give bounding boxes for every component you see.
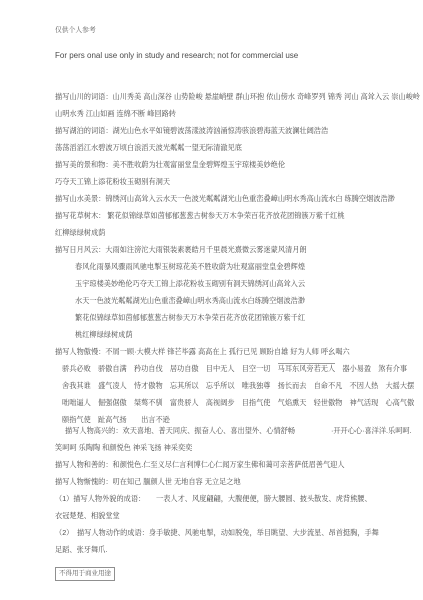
paragraph-arrogance-intro: 描写人物傲慢：不屑一顾·大模大样 锋芒毕露 高高在上 孤行已见 顾盼自雄 好为人… [55, 343, 420, 360]
paragraph-happy-words-line1: 描写人物高兴的：欢天喜地、普天同庆、振奋人心、喜出望外、心情舒畅 ·开开心心·喜… [55, 422, 420, 439]
paragraph-flora-words-line1: 描写花草树木： 繁花似锦绿草如茵郁郁葱葱古树参天万木争荣百花齐放花团锦簇万紫千红… [55, 207, 420, 224]
personal-use-note-cn: 仅供个人参考 [55, 22, 420, 39]
paragraph-ashamed-words: 描写人物惭愧的：叨在知己 腼颜人世 无地自容 无立足之地 [55, 473, 420, 490]
paragraph-beauty-words-line1: 描写美的景和物：美不胜收蔚为壮观富丽堂皇金碧辉煌玉宇琼楼美妙绝伦 [55, 156, 420, 173]
paragraph-weather-words-line2: 春风化雨暴风骤雨风驰电掣玉树琼花美不胜收蔚为壮观富丽堂皇金碧辉煌 [55, 258, 420, 275]
personal-use-note-en: For pers onal use only in study and rese… [55, 47, 420, 64]
paragraph-appearance-idioms-line2: 衣冠楚楚、相貌堂堂 [55, 507, 420, 524]
arrogance-row1-overlined-phrase: 马耳东风旁若无人 [278, 363, 336, 373]
arrogance-idiom-row-2: 舍我其谁 盛气凌人 恃才傲物 忘其所以 忘乎所以 唯我独尊 扬长而去 自命不凡 … [55, 377, 420, 394]
paragraph-flora-words-line2: 红柳绿绿树成荫 [55, 224, 420, 241]
paragraph-action-idioms-line2: 足蹈、张牙舞爪. [55, 541, 420, 558]
paragraph-weather-words-line3: 玉宇琼楼美妙绝伦巧夺天工锦上添花粉妆玉砌别有洞天锦绣河山高耸入云 [55, 275, 420, 292]
paragraph-happy-words-line2: 笑呵呵 乐陶陶 和颜悦色 神采飞扬 神采奕奕 [55, 439, 420, 456]
paragraph-weather-words-line4: 水天一色波光粼粼湖光山色重峦叠嶂山明水秀高山流水白练腾空烟波浩渺 [55, 292, 420, 309]
paragraph-weather-words-line5: 繁花似锦绿草如茵郁郁葱葱古树参天万木争荣百花齐放花团锦簇万紫千红 [55, 309, 420, 326]
document-page: 仅供个人参考 For pers onal use only in study a… [0, 0, 423, 600]
paragraph-action-idioms-line1: （2） 描写人物动作的成语：身手敏捷、风驰电掣，动如脱兔，举目眺望、大步流星、昂… [55, 524, 420, 541]
arrogance-row1-left: 骄兵必败 骄傲自满 矜功自伐 居功自傲 目中无人 目空一切 [62, 364, 278, 373]
paragraph-weather-words-line1: 描写日月风云：大雨如注滂沱大雨银装素裹皓月千里晨光熹微云雾迷蒙风清月朗 [55, 241, 420, 258]
no-commercial-use-stamp: 不得用于商业用途 [55, 567, 115, 581]
paragraph-beauty-words-line2: 巧夺天工锦上添花粉妆玉砌别有洞天 [55, 173, 420, 190]
paragraph-landscape-words: 描写山水美景：锦绣河山高耸入云水天一色波光粼粼湖光山色重峦叠嶂山明水秀高山流水白… [55, 190, 420, 207]
paragraph-appearance-idioms-line1: （1）描写人物外貌的成语： 一表人才、风度翩翩，大腹便便，膀大腰圆、披头散发、虎… [55, 490, 420, 507]
paragraph-weather-words-line6: 桃红柳绿绿树成荫 [55, 326, 420, 343]
paragraph-mountain-words: 描写山川的词语：山川秀美 高山深谷 山势险峻 悬崖峭壁 群山环抱 依山傍水 奇峰… [55, 88, 420, 122]
document-content: 仅供个人参考 For pers onal use only in study a… [0, 0, 423, 558]
arrogance-idiom-row-3: 咄咄逼人 倔强倨傲 桀骜不驯 富贵骄人 高视阔步 目指气使 气焰熏天 轻世傲物 … [55, 394, 420, 411]
arrogance-row1-right: 器小易盈 煞有介事 [335, 364, 407, 373]
paragraph-kind-words: 描写人物和善的：和颜悦色.仁至义尽仁言利博仁心仁闻万家生佛和蔼可亲菩萨低眉善气迎… [55, 456, 420, 473]
paragraph-lake-words-line1: 描写湖泊的词语：湖光山色水平如镜碧波荡漾波涛汹涌惊涛骇浪碧海蓝天波澜壮阔浩浩 [55, 122, 420, 139]
paragraph-lake-words-line2: 荡荡滔滔江水碧波万顷白浪滔天波光粼粼一望无际清澈见底 [55, 139, 420, 156]
arrogance-idiom-row-1: 骄兵必败 骄傲自满 矜功自伐 居功自傲 目中无人 目空一切 马耳东风旁若无人 器… [55, 360, 420, 377]
